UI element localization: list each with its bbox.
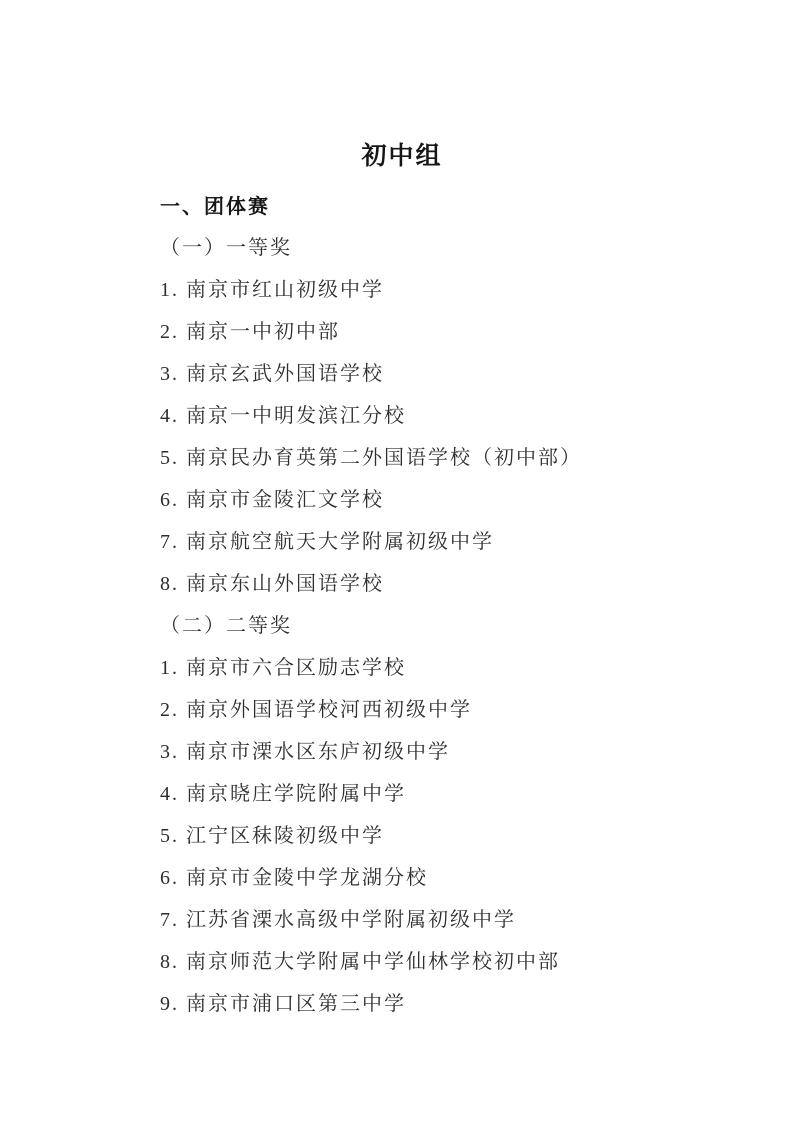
award-list-item: 3. 南京玄武外国语学校 — [160, 353, 644, 395]
award-list-item: 2. 南京一中初中部 — [160, 311, 644, 353]
award-list-item: 7. 南京航空航天大学附属初级中学 — [160, 521, 644, 563]
award-list-item: 8. 南京东山外国语学校 — [160, 563, 644, 605]
award-list-item: 5. 江宁区秣陵初级中学 — [160, 815, 644, 857]
award-list-item: 6. 南京市金陵汇文学校 — [160, 479, 644, 521]
award-list-item: 3. 南京市溧水区东庐初级中学 — [160, 731, 644, 773]
award-list-item: 2. 南京外国语学校河西初级中学 — [160, 689, 644, 731]
award-list-item: 6. 南京市金陵中学龙湖分校 — [160, 857, 644, 899]
award-list-item: 4. 南京晓庄学院附属中学 — [160, 773, 644, 815]
award-list-item: 7. 江苏省溧水高级中学附属初级中学 — [160, 899, 644, 941]
subsection-label-second-prize: （二）二等奖 — [160, 605, 644, 647]
document-page: 初中组 一、团体赛 （一）一等奖 1. 南京市红山初级中学 2. 南京一中初中部… — [0, 0, 794, 1123]
award-list-item: 5. 南京民办育英第二外国语学校（初中部） — [160, 437, 644, 479]
award-list-item: 1. 南京市红山初级中学 — [160, 269, 644, 311]
page-title: 初中组 — [160, 138, 644, 173]
award-list-item: 1. 南京市六合区励志学校 — [160, 647, 644, 689]
award-list-item: 4. 南京一中明发滨江分校 — [160, 395, 644, 437]
award-list-item: 8. 南京师范大学附属中学仙林学校初中部 — [160, 941, 644, 983]
section-heading-team-competition: 一、团体赛 — [160, 185, 644, 227]
subsection-label-first-prize: （一）一等奖 — [160, 227, 644, 269]
award-list-item: 9. 南京市浦口区第三中学 — [160, 983, 644, 1025]
